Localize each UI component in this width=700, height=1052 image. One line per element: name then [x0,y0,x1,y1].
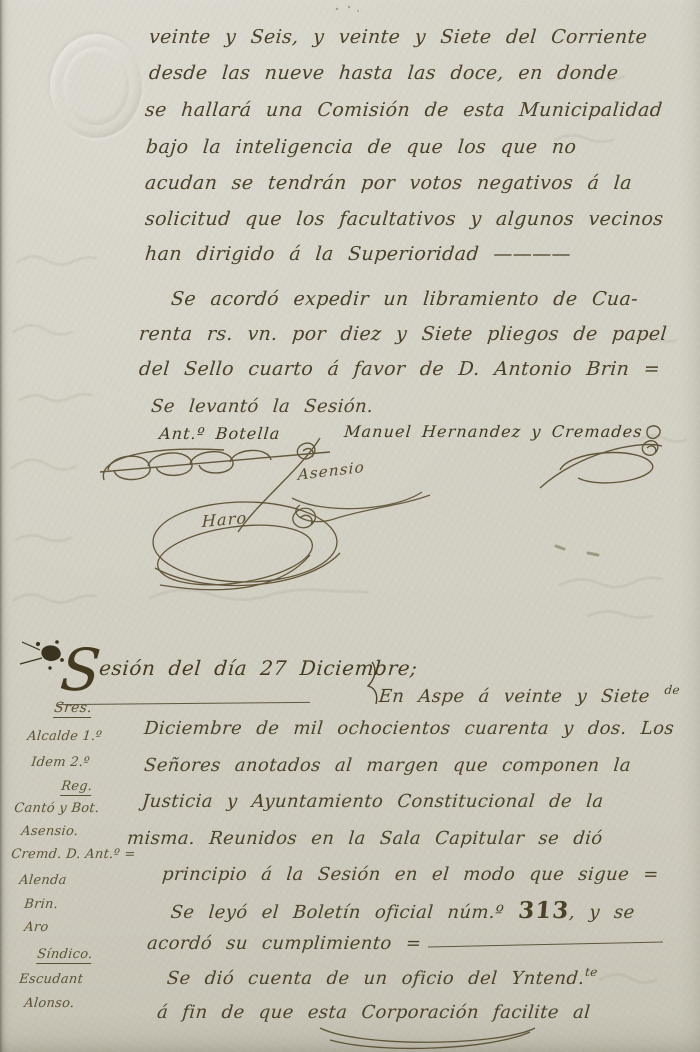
ornate-initial: S [59,655,102,685]
faint-stamp-mark [332,4,366,18]
session-heading-text: esión del día 27 Diciembre; [98,656,419,680]
ink-rule [428,942,663,948]
superscript-te: te [584,965,598,979]
manuscript-line: principio á la Sesión en el modo que sig… [161,864,660,885]
manuscript-page: veinte y Seis, y veinte y Siete del Corr… [0,0,700,1052]
margin-item-sindico: Síndico. [36,947,93,964]
manuscript-line: á fin de que esta Corporación facilite a… [156,1002,591,1023]
manuscript-line: del Sello cuarto á favor de D. Antonio B… [138,358,661,380]
manuscript-line: solicitud que los facultativos y algunos… [144,208,664,230]
ink-blot [20,641,63,670]
oficio-text: Se dió cuenta de un oficio del Yntend. [166,968,585,989]
margin-item-brin: Brin. [23,897,59,912]
embossed-seal [50,34,142,138]
manuscript-line: En Aspe á veinte y Siete de [378,683,681,707]
ink-specks [556,546,598,555]
manuscript-line: veinte y Seis, y veinte y Siete del Corr… [148,26,648,48]
manuscript-line: Se acordó expedir un libramiento de Cua- [170,288,639,310]
superscript-de: de [664,683,681,697]
boletin-prefix: Se leyó el Boletín oficial núm.º [170,902,519,923]
margin-item-alcalde2: Idem 2.º [30,755,90,770]
boletin-number: 313 [517,897,570,924]
manuscript-line: Justicia y Ayuntamiento Constitucional d… [141,791,604,812]
manuscript-line: Señores anotados al margen que componen … [143,755,632,776]
margin-item-canto-botella: Cantó y Bot. [13,801,100,816]
manuscript-line: Diciembre de mil ochocientos cuarenta y … [143,718,675,739]
heading-continuation: En Aspe á veinte y Siete [378,686,651,707]
margin-item-cremades: Cremd. D. Ant.º = [10,847,136,862]
margin-item-escudant: Escudant [18,972,83,987]
manuscript-line: se hallará una Comisión de esta Municipa… [144,99,663,121]
manuscript-line: misma. Reunidos en la Sala Capitular se … [126,828,603,849]
signature-haro: Haro [202,508,248,531]
margin-item-aro: Aro [23,920,49,935]
session-heading: Sesión del día 27 Diciembre; [59,655,418,685]
boletin-line: Se leyó el Boletín oficial núm.º 313, y … [170,897,636,924]
boletin-suffix: , y se [568,902,635,923]
signature-hernandez-cremades: Manuel Hernandez y Cremades [343,422,643,441]
signature-rubric-asensio [292,492,430,522]
page-binding-edge [0,0,10,1052]
signature-botella: Ant.º Botella [158,424,281,443]
margin-item-alcalde1: Alcalde 1.º [26,729,102,744]
manuscript-line: acordó su cumplimiento = [146,933,422,954]
corporacion-tail-flourish [320,1028,535,1048]
signature-asensio: Asensio [298,458,365,484]
manuscript-line: acudan se tendrán por votos negativos á … [144,172,633,194]
oficio-line: Se dió cuenta de un oficio del Yntend.te [166,965,598,989]
manuscript-line: bajo la inteligencia de que los que no [145,136,577,158]
margin-item-regidores: Reg. [60,779,93,796]
margin-item-asensio: Asensio. [20,824,79,839]
margin-item-alenda: Alenda [18,873,67,888]
margin-item-alonso: Alonso. [23,996,75,1011]
margin-header-senores: Sres. [53,700,93,718]
manuscript-line: renta rs. vn. por diez y Siete pliegos d… [138,323,668,345]
manuscript-line: desde las nueve hasta las doce, en donde [148,62,619,84]
session-closing-line: Se levantó la Sesión. [150,396,374,417]
manuscript-line: han dirigido á la Superioridad ———— [144,243,572,265]
